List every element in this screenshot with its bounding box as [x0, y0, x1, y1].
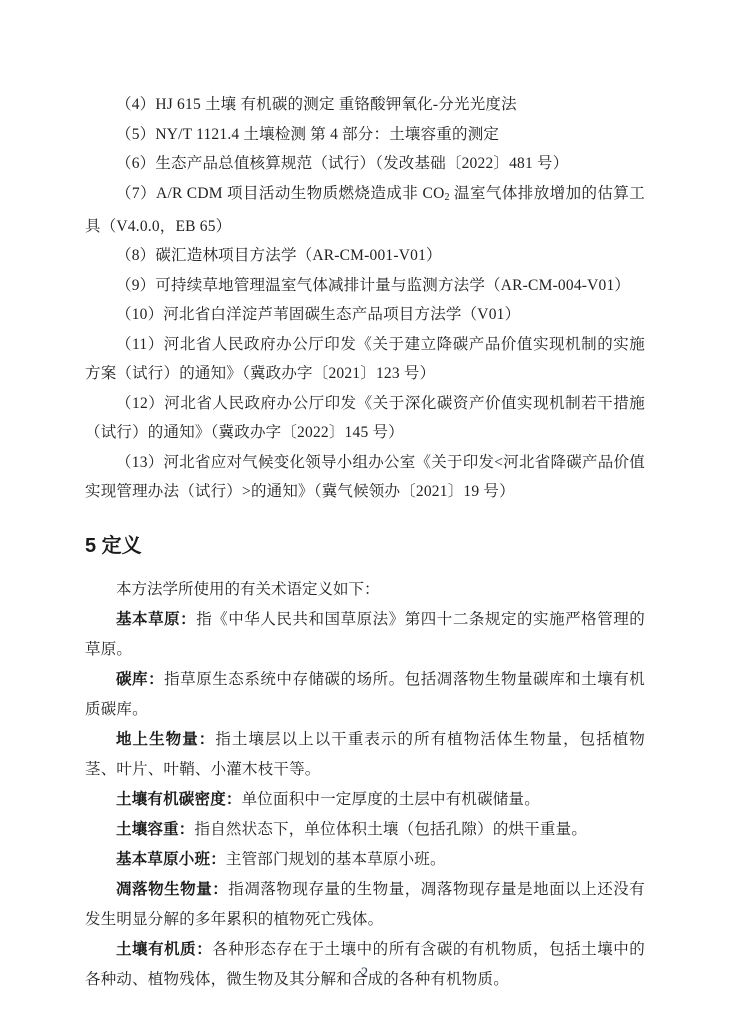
- definition-item: 基本草原：指《中华人民共和国草原法》第四十二条规定的实施严格管理的草原。: [85, 605, 645, 665]
- reference-item: （10）河北省白洋淀芦苇固碳生态产品项目方法学（V01）: [85, 300, 645, 330]
- definitions-intro: 本方法学所使用的有关术语定义如下：: [85, 575, 645, 605]
- reference-item: （7）A/R CDM 项目活动生物质燃烧造成非 CO2 温室气体排放增加的估算工…: [85, 179, 645, 242]
- definition-item: 土壤有机碳密度：单位面积中一定厚度的土层中有机碳储量。: [85, 785, 645, 815]
- reference-item: （11）河北省人民政府办公厅印发《关于建立降碳产品价值实现机制的实施方案（试行）…: [85, 330, 645, 389]
- definition-term: 土壤容重：: [116, 821, 195, 838]
- definition-item: 地上生物量：指土壤层以上以干重表示的所有植物活体生物量，包括植物茎、叶片、叶鞘、…: [85, 725, 645, 785]
- reference-item: （12）河北省人民政府办公厅印发《关于深化碳资产价值实现机制若干措施（试行）的通…: [85, 389, 645, 448]
- definition-text: 指草原生态系统中存储碳的场所。包括凋落物生物量碳库和土壤有机质碳库。: [85, 671, 645, 718]
- definition-term: 碳库：: [116, 671, 164, 688]
- definition-text: 指自然状态下，单位体积土壤（包括孔隙）的烘干重量。: [195, 821, 588, 838]
- definition-text: 单位面积中一定厚度的土层中有机碳储量。: [242, 791, 540, 808]
- definition-term: 基本草原小班：: [116, 851, 226, 868]
- reference-item: （4）HJ 615 土壤 有机碳的测定 重铬酸钾氧化-分光光度法: [85, 90, 645, 120]
- definition-item: 土壤容重：指自然状态下，单位体积土壤（包括孔隙）的烘干重量。: [85, 815, 645, 845]
- document-page: （4）HJ 615 土壤 有机碳的测定 重铬酸钾氧化-分光光度法（5）NY/T …: [0, 0, 729, 1036]
- page-number: 2: [361, 965, 368, 981]
- page-content: （4）HJ 615 土壤 有机碳的测定 重铬酸钾氧化-分光光度法（5）NY/T …: [85, 90, 645, 995]
- reference-item: （6）生态产品总值核算规范（试行）（发改基础〔2022〕481 号）: [85, 149, 645, 179]
- definition-item: 基本草原小班：主管部门规划的基本草原小班。: [85, 845, 645, 875]
- definition-term: 地上生物量：: [116, 731, 215, 748]
- definition-item: 凋落物生物量：指凋落物现存量的生物量，凋落物现存量是地面以上还没有发生明显分解的…: [85, 875, 645, 935]
- definitions-list: 基本草原：指《中华人民共和国草原法》第四十二条规定的实施严格管理的草原。碳库：指…: [85, 605, 645, 995]
- definition-term: 基本草原：: [116, 611, 196, 628]
- page-footer: 2: [0, 964, 729, 982]
- reference-item: （5）NY/T 1121.4 土壤检测 第 4 部分：土壤容重的测定: [85, 120, 645, 150]
- definition-item: 碳库：指草原生态系统中存储碳的场所。包括凋落物生物量碳库和土壤有机质碳库。: [85, 665, 645, 725]
- reference-item: （8）碳汇造林项目方法学（AR-CM-001-V01）: [85, 241, 645, 271]
- definition-term: 土壤有机碳密度：: [116, 791, 242, 808]
- definition-term: 凋落物生物量：: [116, 881, 228, 898]
- definition-term: 土壤有机质：: [116, 941, 212, 958]
- references-list: （4）HJ 615 土壤 有机碳的测定 重铬酸钾氧化-分光光度法（5）NY/T …: [85, 90, 645, 507]
- reference-item: （13）河北省应对气候变化领导小组办公室《关于印发<河北省降碳产品价值实现管理办…: [85, 448, 645, 507]
- definition-text: 主管部门规划的基本草原小班。: [226, 851, 446, 868]
- section-heading: 5 定义: [85, 532, 645, 560]
- reference-item: （9）可持续草地管理温室气体减排计量与监测方法学（AR-CM-004-V01）: [85, 271, 645, 301]
